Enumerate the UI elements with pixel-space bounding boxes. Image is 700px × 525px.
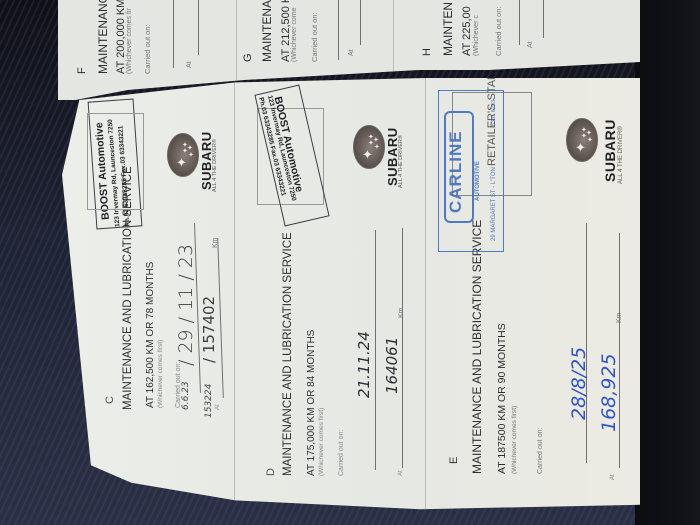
- stamp-phone: 6331 8233: [491, 100, 497, 126]
- carried-out-line: [173, 0, 174, 68]
- at-line: [402, 228, 403, 468]
- carried-out-label: Carried out on:: [338, 430, 345, 476]
- page-f: F MAINTENANCE AT 200,000 KM (Whichever c…: [58, 0, 237, 92]
- carried-out-label: Carried out on:: [537, 428, 544, 474]
- page-title: MAINTENAN: [260, 0, 274, 62]
- stamp-dealer-name: CARLINE: [446, 130, 466, 213]
- subaru-logo-icon: ✦ ✦ ✦ ✦ ✦: [566, 118, 598, 162]
- retailer-stamp-box: [87, 113, 144, 210]
- at-label: At: [610, 474, 616, 480]
- struck-odometer: 153224: [204, 384, 214, 418]
- odometer-reading: / 157402: [200, 296, 218, 363]
- carried-out-line: [338, 0, 339, 60]
- page-title: MAINTENANCE: [96, 0, 110, 74]
- carried-out-label: Carried out on:: [494, 6, 503, 56]
- odometer-reading: 168,925: [598, 353, 620, 432]
- page-title: MAINTENANCE AND LUBRICATION SERVICE: [282, 232, 294, 476]
- brand-tagline: ALL 4 THE DRIVER®: [618, 126, 624, 184]
- at-label: At: [215, 404, 221, 410]
- at-label: At: [527, 41, 534, 48]
- carried-out-line: [375, 230, 376, 470]
- at-line: [198, 0, 199, 55]
- service-date: 21.11.24: [355, 331, 373, 398]
- brand-tagline: ALL 4 THE DRIVER®: [398, 135, 404, 188]
- page-interval: AT 175,000 KM OR 84 MONTHS: [306, 330, 317, 476]
- carried-out-label: Carried out on:: [143, 24, 152, 74]
- page-title: MAINTEN: [441, 2, 455, 56]
- at-line: [360, 0, 361, 45]
- page-interval: AT 162,500 KM OR 78 MONTHS: [145, 262, 156, 408]
- page-letter: H: [421, 48, 433, 56]
- at-label: At: [348, 49, 355, 56]
- page-whichever: (Whichever c: [473, 15, 480, 56]
- page-whichever: (Whichever comes first): [318, 408, 325, 476]
- service-date: / 29 / 11 / 23: [175, 244, 197, 366]
- page-whichever: (Whichever comes first): [157, 340, 164, 408]
- page-whichever: (Whichever comes fir: [126, 8, 133, 74]
- carline-stamp: CARLINE AUTOMOTIVE 29 MARGARET ST - L'TO…: [438, 90, 504, 252]
- service-book: C MAINTENANCE AND LUBRICATION SERVICE AT…: [62, 78, 640, 518]
- brand-name: SUBARU: [602, 119, 618, 182]
- at-label: At: [398, 470, 404, 476]
- page-whichever: (Whichever comes first): [511, 406, 518, 474]
- page-letter: G: [242, 53, 254, 62]
- page-d: D MAINTENANCE AND LUBRICATION SERVICE AT…: [235, 78, 425, 518]
- service-date: 28/8/25: [568, 347, 590, 420]
- struck-date: 6.6.23: [181, 381, 191, 410]
- odometer-reading: 164061: [383, 337, 401, 394]
- brand-tagline: ALL 4 THE DRIVER®: [212, 139, 218, 192]
- page-letter: C: [104, 396, 116, 404]
- subaru-logo-icon: ✦ ✦ ✦ ✦ ✦: [353, 125, 385, 169]
- carried-out-line: [586, 223, 587, 463]
- page-letter: E: [448, 457, 460, 464]
- page-interval: AT 225,00: [461, 6, 473, 56]
- stamp-address: 29 MARGARET ST - L'TON: [491, 167, 497, 241]
- page-letter: F: [76, 67, 88, 74]
- page-letter: D: [265, 468, 277, 476]
- page-whichever: (Whichever come: [291, 8, 298, 62]
- subaru-logo-icon: ✦ ✦ ✦ ✦ ✦: [167, 133, 199, 177]
- stamp-subtitle: AUTOMOTIVE: [475, 161, 481, 201]
- page-interval: AT 187500 KM OR 90 MONTHS: [496, 323, 508, 474]
- page-e: E MAINTENANCE AND LUBRICATION SERVICE AT…: [426, 78, 640, 518]
- at-line: [543, 0, 544, 38]
- at-label: At: [186, 61, 193, 68]
- at-line: [619, 233, 620, 468]
- at-line: [217, 238, 224, 398]
- carried-out-line: [519, 0, 520, 45]
- dark-background-right: [635, 0, 700, 525]
- page-title: MAINTENANCE AND LUBRICATION SERVICE: [470, 220, 484, 474]
- carried-out-label: Carried out on:: [310, 12, 319, 62]
